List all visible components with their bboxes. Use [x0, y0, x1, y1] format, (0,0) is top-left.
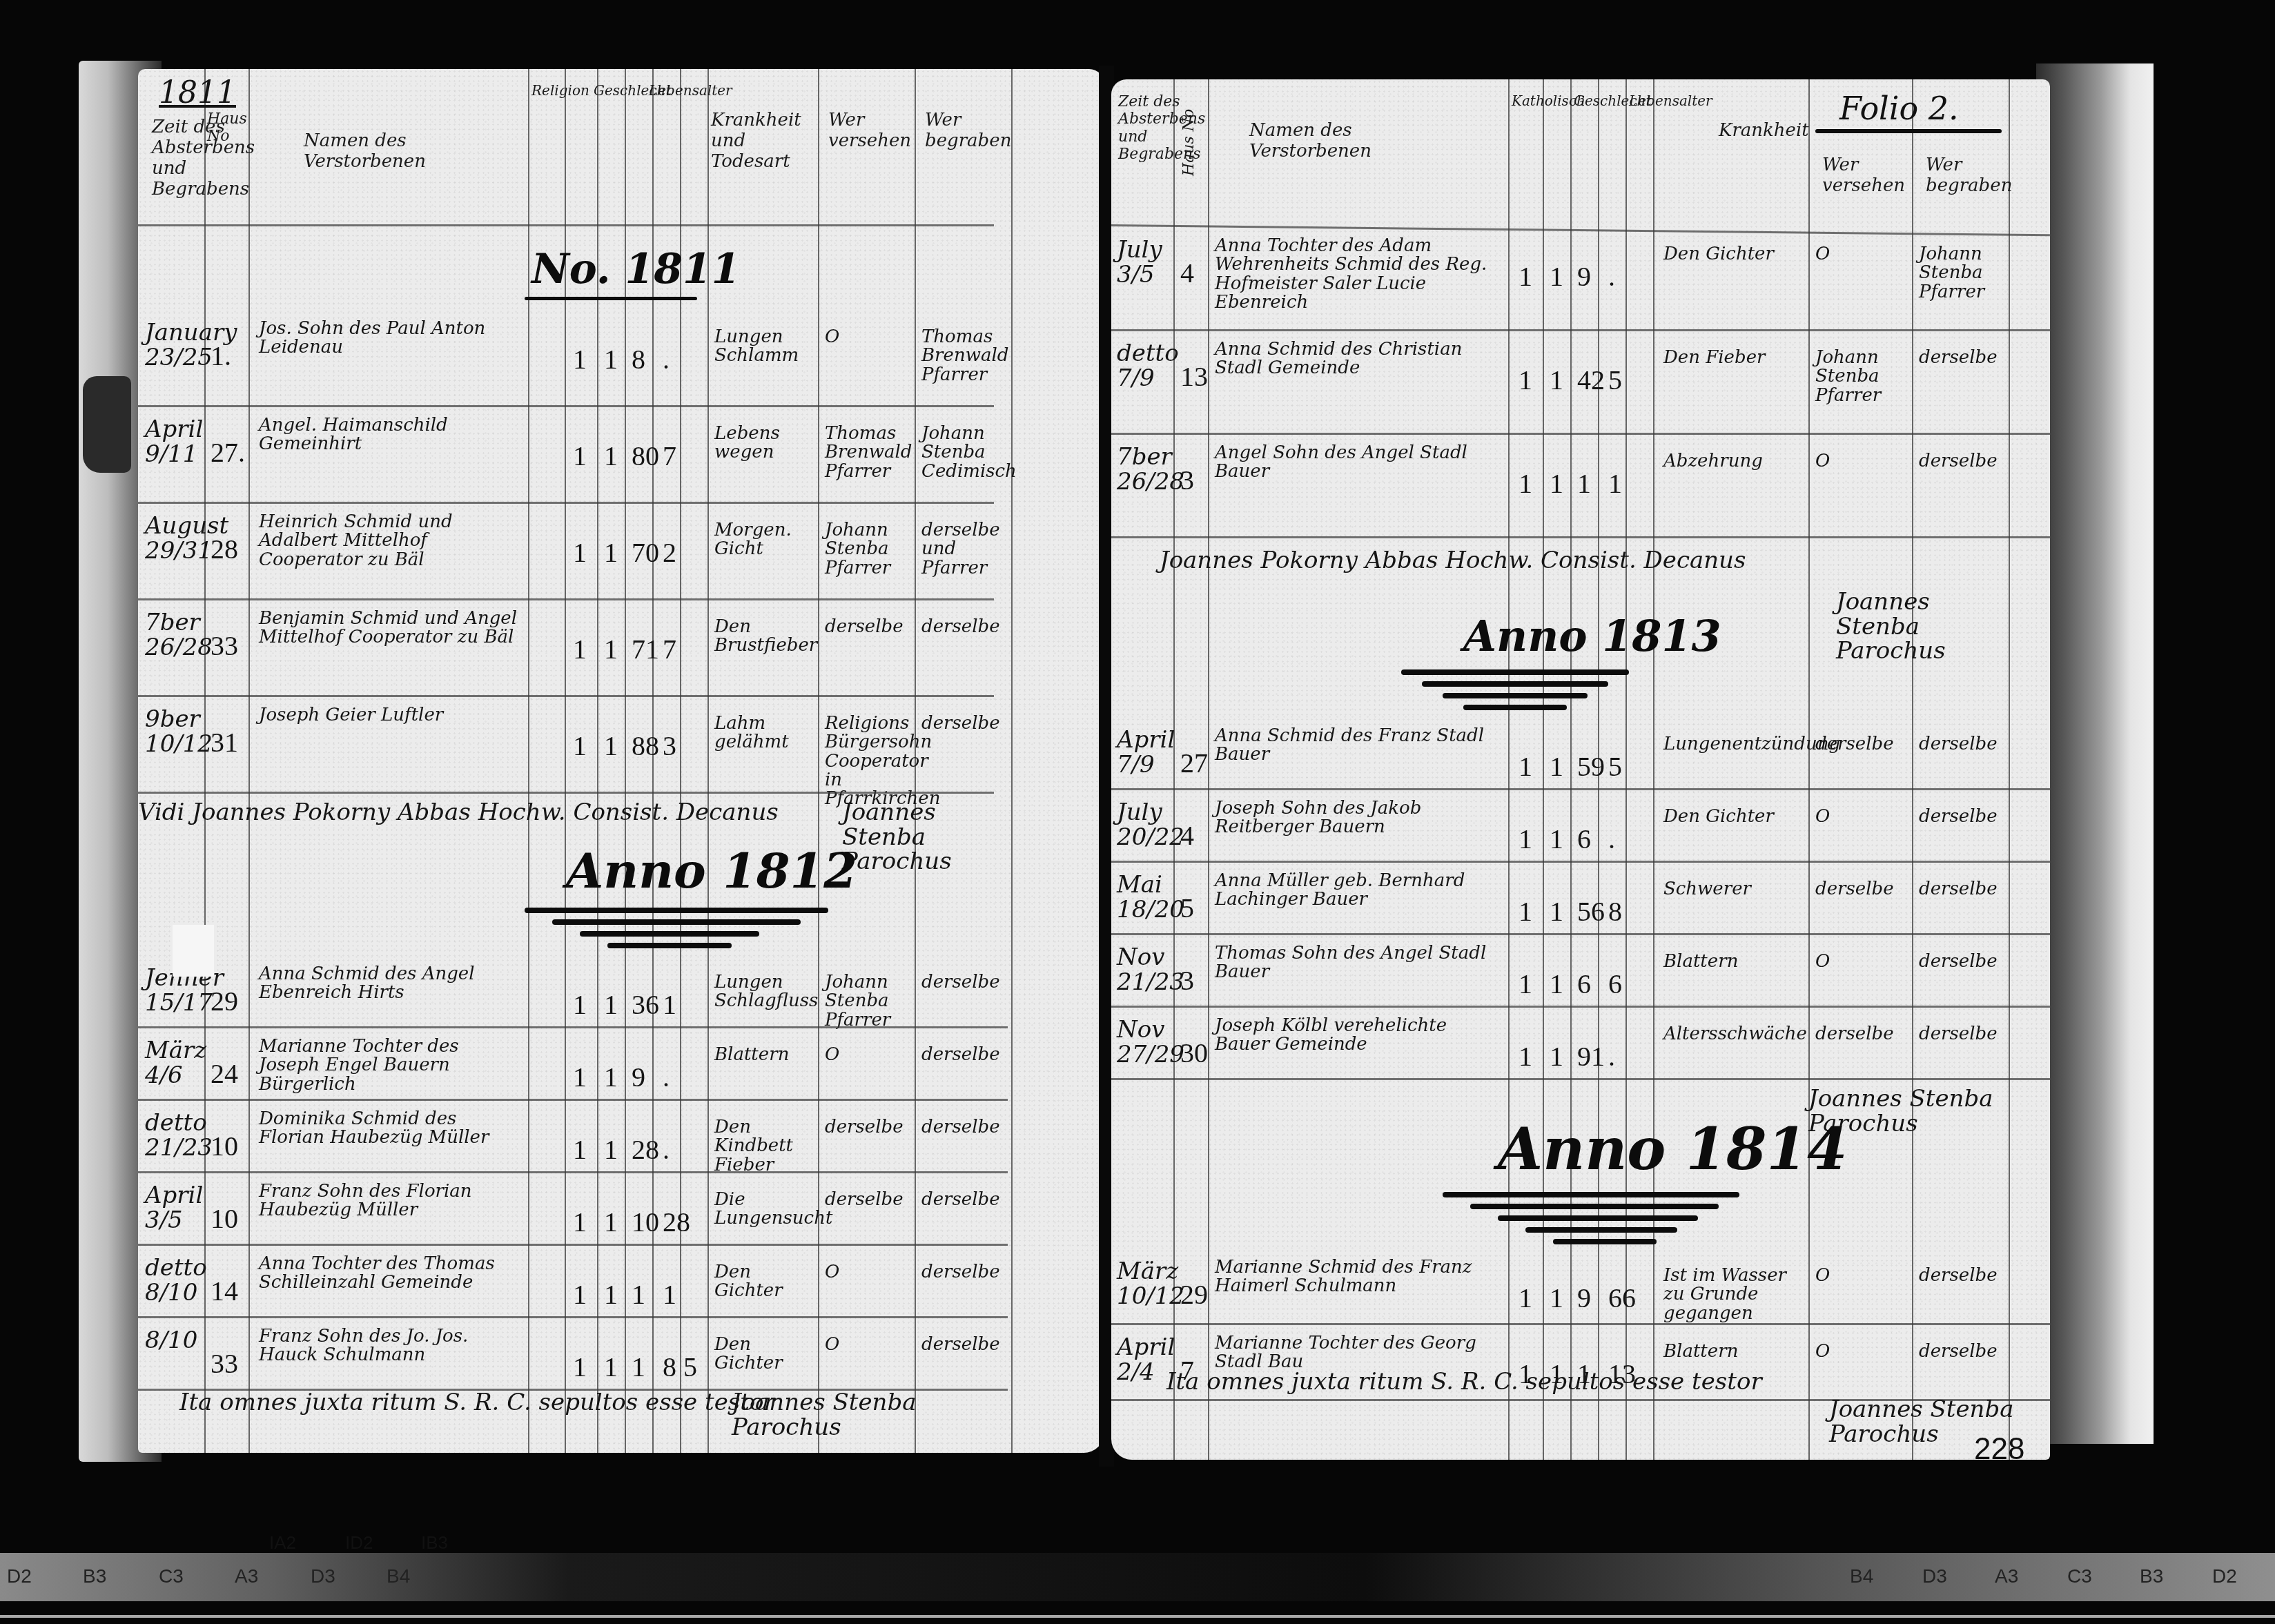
entry-house-number: 30 — [1180, 1039, 1208, 1068]
entry-cause: Den Fieber — [1663, 349, 1802, 367]
anno-underline — [1470, 1204, 1719, 1209]
column-rule — [1508, 79, 1510, 1460]
ruler-label: A3 — [1995, 1565, 2018, 1587]
entry-value: 1 — [573, 635, 587, 664]
entry-value: 1 — [1608, 469, 1622, 498]
entry-name: Anna Tochter des Thomas Schilleinzahl Ge… — [259, 1255, 521, 1293]
entry-buried-by: derselbe — [921, 618, 1008, 636]
column-rule — [1173, 79, 1175, 1460]
footer-signature: Joannes Stenba Parochus — [732, 1391, 939, 1440]
entry-value: 3 — [663, 732, 676, 761]
entry-value: 1 — [1550, 1042, 1563, 1071]
entry-cause: Den Kindbett Fieber — [714, 1118, 811, 1175]
ruler-label: IB3 — [421, 1532, 448, 1554]
row-rule — [138, 502, 994, 504]
entry-value: 42 — [1577, 366, 1605, 395]
entry-value: 1 — [604, 1208, 618, 1237]
entry-value: 1 — [1550, 262, 1563, 291]
entry-value: 1 — [632, 1280, 645, 1309]
entry-provided-by: derselbe — [825, 618, 911, 636]
entry-name: Marianne Tochter des Georg Stadl Bau — [1215, 1334, 1498, 1372]
ruler-label: C3 — [2067, 1565, 2092, 1587]
ruler-label: D2 — [2212, 1565, 2237, 1587]
anno-underline — [525, 908, 828, 913]
anno-underline — [1443, 1192, 1739, 1197]
entry-value: 1 — [604, 345, 618, 374]
entry-date: Mai 18/20 — [1117, 873, 1172, 922]
entry-value: 91 — [1577, 1042, 1605, 1071]
entry-value: 10 — [632, 1208, 659, 1237]
entry-date: detto 21/23 — [145, 1111, 204, 1160]
entry-date: detto 8/10 — [145, 1256, 204, 1305]
anno-underline — [1463, 705, 1567, 710]
section-underline — [525, 297, 697, 300]
entry-name: Joseph Kölbl verehelichte Bauer Gemeinde — [1215, 1017, 1498, 1055]
entry-value: 1 — [604, 990, 618, 1019]
entry-cause: Blattern — [1663, 1342, 1802, 1361]
entry-provided-by: Johann Stenba Pfarrer — [825, 521, 911, 578]
entry-value: 7 — [663, 442, 676, 471]
entry-buried-by: derselbe — [921, 1118, 1008, 1137]
entry-cause: Den Gichter — [1663, 808, 1802, 826]
entry-value: 8 — [632, 345, 645, 374]
entry-date: April 9/11 — [145, 418, 204, 467]
entry-house-number: 24 — [211, 1059, 238, 1088]
row-rule — [1111, 433, 2050, 435]
ruler-label: A3 — [235, 1565, 258, 1587]
entry-value: . — [1608, 262, 1615, 291]
entry-value: 1 — [632, 1353, 645, 1382]
entry-value: 28 — [632, 1135, 659, 1164]
entry-cause: Lebens wegen — [714, 424, 811, 462]
entry-value: 1 — [573, 990, 587, 1019]
column-rule — [1653, 79, 1654, 1460]
entry-value: . — [1608, 1042, 1615, 1071]
entry-buried-by: derselbe — [1919, 952, 2005, 971]
entry-value: . — [663, 345, 670, 374]
entry-value: 1 — [573, 345, 587, 374]
header-buried: Wer begraben — [1926, 155, 2009, 197]
right-page: Zeit des Absterbens und Begrabens Haus N… — [1111, 79, 2050, 1460]
row-rule — [138, 1244, 1008, 1246]
entry-value: 1 — [663, 1280, 676, 1309]
entry-value: 7 — [663, 635, 676, 664]
entry-provided-by: Johann Stenba Pfarrer — [825, 973, 911, 1030]
entry-provided-by: O — [825, 328, 911, 346]
ruler-label: D2 — [7, 1565, 32, 1587]
entry-value: 8 — [1608, 897, 1622, 926]
header-age: Lebensalter — [649, 83, 704, 99]
header-name: Namen des Verstorbenen — [1249, 121, 1456, 162]
header-rule — [1111, 224, 2050, 236]
entry-name: Thomas Sohn des Angel Stadl Bauer — [1215, 944, 1498, 982]
header-cause: Krankheit und Todesart — [711, 110, 814, 173]
entry-cause: Abzehrung — [1663, 452, 1802, 471]
folio-underline — [1815, 129, 2002, 133]
column-rule — [1625, 79, 1627, 1460]
parochus-signature: Joannes Stenba Parochus — [1836, 590, 2002, 664]
entry-value: 36 — [632, 990, 659, 1019]
ruler-label: B4 — [387, 1565, 410, 1587]
entry-value: 1 — [1519, 825, 1532, 854]
entry-value: 1 — [573, 1353, 587, 1382]
entry-house-number: 4 — [1180, 821, 1194, 850]
entry-date: detto 7/9 — [1117, 342, 1172, 391]
entry-name: Jos. Sohn des Paul Anton Leidenau — [259, 320, 521, 358]
entry-value: 1 — [573, 732, 587, 761]
anno-underline — [552, 919, 801, 925]
entry-value: 9 — [1577, 262, 1591, 291]
entry-value: 1 — [573, 1063, 587, 1092]
entry-value: 1 — [573, 538, 587, 567]
entry-value: 70 — [632, 538, 659, 567]
entry-value: 1 — [1550, 752, 1563, 781]
row-rule — [138, 1171, 1008, 1173]
book-page-edges-right — [2036, 63, 2154, 1444]
corner-year: 1811 — [159, 77, 236, 109]
entry-date: 7ber 26/28 — [1117, 445, 1172, 494]
entry-house-number: 31 — [211, 728, 238, 757]
entry-value: 1 — [604, 635, 618, 664]
entry-cause: Blattern — [714, 1046, 811, 1064]
entry-buried-by: derselbe — [1919, 452, 2005, 471]
entry-provided-by: Thomas Brenwald Pfarrer — [825, 424, 911, 481]
entry-buried-by: Thomas Brenwald Pfarrer — [921, 328, 1008, 384]
entry-value: 1 — [1550, 469, 1563, 498]
footer-attestation: Ita omnes juxta ritum S. R. C. sepultos … — [1166, 1370, 1762, 1395]
entry-name: Franz Sohn des Jo. Jos. Hauck Schulmann — [259, 1327, 521, 1365]
column-rule — [1543, 79, 1544, 1460]
decanus-signature: Joannes Pokorny Abbas Hochw. Consist. De… — [1160, 549, 1746, 574]
entry-house-number: 27 — [1180, 749, 1208, 778]
entry-name: Joseph Geier Luftler — [259, 706, 521, 725]
entry-provided-by: O — [1815, 1342, 1908, 1361]
folio-label: Folio 2. — [1839, 90, 1959, 127]
entry-buried-by: derselbe — [1919, 349, 2005, 367]
column-rule — [2009, 79, 2010, 1460]
header-sex: Geschlecht — [1574, 93, 1622, 109]
entry-value: 1 — [604, 1135, 618, 1164]
entry-buried-by: derselbe — [921, 1046, 1008, 1064]
entry-date: April 2/4 — [1117, 1336, 1172, 1385]
entry-cause: Den Gichter — [714, 1263, 811, 1301]
entry-date: März 4/6 — [145, 1039, 204, 1088]
header-rule — [138, 224, 994, 226]
header-sex: Geschlecht — [594, 83, 642, 99]
entry-value: 80 — [632, 442, 659, 471]
entry-house-number: 27. — [211, 438, 245, 467]
row-rule — [1111, 1078, 2050, 1080]
ruler-label: C3 — [159, 1565, 184, 1587]
row-rule — [1111, 861, 2050, 863]
entry-value: 1 — [663, 990, 676, 1019]
entry-provided-by: O — [825, 1046, 911, 1064]
header-buried: Wer begraben — [925, 110, 1008, 152]
entry-value: 88 — [632, 732, 659, 761]
row-rule — [138, 792, 994, 794]
entry-value: 9 — [632, 1063, 645, 1092]
entry-house-number: 10 — [211, 1132, 238, 1161]
row-rule — [138, 1316, 1008, 1318]
entry-date: Nov 21/23 — [1117, 946, 1172, 995]
entry-value: 6 — [1577, 970, 1591, 999]
entry-cause: Den Gichter — [1663, 245, 1802, 264]
row-rule — [138, 1026, 1008, 1028]
entry-value: . — [663, 1135, 670, 1164]
entry-value: 5 — [1608, 366, 1622, 395]
entry-date: 7ber 26/28 — [145, 611, 204, 660]
entry-value: 1 — [604, 732, 618, 761]
entry-value: 9 — [1577, 1284, 1591, 1313]
entry-name: Heinrich Schmid und Adalbert Mittelhof C… — [259, 513, 521, 569]
entry-name: Anna Tochter des Adam Wehrenheits Schmid… — [1215, 237, 1498, 312]
entry-date: Nov 27/29 — [1117, 1018, 1172, 1067]
entry-provided-by: O — [1815, 952, 1908, 971]
entry-cause: Lahm gelähmt — [714, 714, 811, 752]
entry-cause: Die Lungensucht — [714, 1191, 811, 1229]
anno-underline — [1422, 681, 1608, 687]
entry-house-number: 14 — [211, 1277, 238, 1306]
entry-buried-by: derselbe — [1919, 1025, 2005, 1044]
entry-buried-by: derselbe — [921, 714, 1008, 733]
entry-name: Dominika Schmid des Florian Haubezüg Mül… — [259, 1110, 521, 1148]
entry-provided-by: O — [1815, 245, 1908, 264]
scanned-register-spread: 1811 Zeit des Absterbens und Begrabens H… — [0, 0, 2275, 1624]
footer-attestation: Ita omnes juxta ritum S. R. C. sepultos … — [179, 1391, 775, 1416]
entry-name: Anna Schmid des Christian Stadl Gemeinde — [1215, 340, 1498, 378]
entry-value: 8 5 — [663, 1353, 697, 1382]
entry-cause: Blattern — [1663, 952, 1802, 971]
entry-buried-by: derselbe — [921, 1263, 1008, 1282]
anno-underline — [1401, 669, 1629, 675]
entry-value: 5 — [1608, 752, 1622, 781]
section-title-1811: No. 1811 — [531, 245, 741, 293]
parochus-signature: Joannes Stenba Parochus — [842, 801, 1008, 874]
section-title-1814: Anno 1814 — [1498, 1115, 1847, 1183]
row-rule — [1111, 788, 2050, 790]
anno-underline — [1443, 693, 1588, 698]
left-page: 1811 Zeit des Absterbens und Begrabens H… — [138, 69, 1104, 1453]
entry-value: 1 — [604, 538, 618, 567]
entry-house-number: 33 — [211, 1349, 238, 1378]
entry-buried-by: derselbe — [1919, 1266, 2005, 1285]
ruler-label: IA2 — [269, 1532, 296, 1554]
entry-buried-by: Johann Stenba Cedimisch — [921, 424, 1008, 481]
entry-name: Anna Schmid des Angel Ebenreich Hirts — [259, 965, 521, 1003]
entry-house-number: 29 — [1180, 1280, 1208, 1309]
entry-value: 1 — [1519, 366, 1532, 395]
header-age: Lebensalter — [1629, 93, 1677, 109]
entry-house-number: 29 — [211, 987, 238, 1016]
page-number: 228 — [1974, 1432, 2024, 1467]
row-rule — [1111, 329, 2050, 331]
entry-provided-by: derselbe — [1815, 735, 1908, 754]
entry-buried-by: derselbe — [921, 1336, 1008, 1354]
entry-date: April 7/9 — [1117, 728, 1172, 777]
header-name: Namen des Verstorbenen — [304, 131, 483, 173]
column-rule — [1011, 69, 1013, 1453]
entry-house-number: 13 — [1180, 362, 1208, 391]
entry-buried-by: derselbe und Pfarrer — [921, 521, 1008, 578]
entry-value: 1 — [1519, 1042, 1532, 1071]
entry-cause: Lungen Schlagfluss — [714, 973, 811, 1011]
entry-name: Angel Sohn des Angel Stadl Bauer — [1215, 444, 1498, 482]
binding-tab — [83, 376, 131, 473]
entry-name: Marianne Schmid des Franz Haimerl Schulm… — [1215, 1258, 1498, 1296]
row-rule — [138, 598, 994, 600]
entry-buried-by: derselbe — [921, 973, 1008, 992]
entry-value: 1 — [573, 442, 587, 471]
ruler-label: D3 — [1922, 1565, 1947, 1587]
row-rule — [138, 1099, 1008, 1101]
entry-name: Joseph Sohn des Jakob Reitberger Bauern — [1215, 799, 1498, 837]
header-provided: Wer versehen — [1822, 155, 1905, 197]
entry-date: July 20/22 — [1117, 801, 1172, 850]
entry-cause: Lungenentzündung — [1663, 735, 1802, 754]
entry-provided-by: O — [825, 1336, 911, 1354]
entry-value: 1 — [573, 1135, 587, 1164]
entry-value: 71 — [632, 635, 659, 664]
entry-provided-by: derselbe — [825, 1191, 911, 1209]
paper-slip — [173, 925, 214, 977]
entry-value: 1 — [604, 442, 618, 471]
entry-value: 1 — [1519, 970, 1532, 999]
ruler-label: D3 — [311, 1565, 335, 1587]
ruler-label: B3 — [83, 1565, 106, 1587]
entry-value: 59 — [1577, 752, 1605, 781]
entry-cause: Altersschwäche — [1663, 1025, 1802, 1044]
entry-value: 1 — [1519, 262, 1532, 291]
entry-value: 56 — [1577, 897, 1605, 926]
entry-date: April 3/5 — [145, 1184, 204, 1233]
entry-provided-by: O — [1815, 1266, 1908, 1285]
entry-value: 28 — [663, 1208, 690, 1237]
anno-underline — [580, 931, 759, 937]
entry-cause: Morgen. Gicht — [714, 521, 811, 559]
scan-border — [0, 1615, 2275, 1618]
entry-date: July 3/5 — [1117, 238, 1172, 287]
entry-buried-by: derselbe — [1919, 735, 2005, 754]
entry-house-number: 1. — [211, 342, 231, 371]
entry-name: Marianne Tochter des Joseph Engel Bauern… — [259, 1037, 521, 1094]
row-rule — [138, 695, 994, 697]
entry-date: January 23/25 — [145, 321, 204, 370]
column-rule — [1912, 79, 1913, 1460]
entry-date: August 29/31 — [145, 514, 204, 563]
vidi-signature: Vidi Joannes Pokorny Abbas Hochw. Consis… — [138, 801, 779, 825]
entry-name: Angel. Haimanschild Gemeinhirt — [259, 416, 521, 454]
row-rule — [1111, 1323, 2050, 1325]
anno-underline — [1498, 1215, 1698, 1221]
header-date: Zeit des Absterbens und Begrabens — [1118, 93, 1180, 163]
entry-value: 1 — [1519, 1284, 1532, 1313]
entry-house-number: 5 — [1180, 894, 1194, 923]
entry-value: 6 — [1577, 825, 1591, 854]
anno-underline — [1553, 1239, 1657, 1244]
entry-cause: Schwerer — [1663, 880, 1802, 899]
entry-value: 1 — [1550, 366, 1563, 395]
header-provided: Wer versehen — [828, 110, 911, 152]
entry-name: Anna Schmid des Franz Stadl Bauer — [1215, 727, 1498, 765]
entry-cause: Lungen Schlamm — [714, 328, 811, 366]
entry-value: 1 — [1519, 752, 1532, 781]
entry-value: 1 — [573, 1280, 587, 1309]
row-rule — [138, 405, 994, 407]
row-rule — [1111, 1006, 2050, 1008]
entry-value: 1 — [1577, 469, 1591, 498]
entry-house-number: 3 — [1180, 966, 1194, 995]
column-rule — [1570, 79, 1572, 1460]
entry-value: 6 — [1608, 970, 1622, 999]
row-rule — [1111, 933, 2050, 935]
row-rule — [1111, 536, 2050, 538]
ruler-label: ID2 — [345, 1532, 373, 1554]
entry-value: 1 — [573, 1208, 587, 1237]
anno-underline — [607, 943, 732, 948]
entry-provided-by: O — [1815, 452, 1908, 471]
entry-house-number: 4 — [1180, 259, 1194, 288]
anno-underline — [1525, 1227, 1677, 1233]
entry-value: 1 — [604, 1353, 618, 1382]
entry-provided-by: O — [1815, 808, 1908, 826]
header-catholic: Katholisch — [1512, 93, 1546, 109]
entry-cause: Den Gichter — [714, 1336, 811, 1373]
entry-cause: Ist im Wasser zu Grunde gegangen — [1663, 1266, 1802, 1323]
entry-provided-by: derselbe — [1815, 880, 1908, 899]
entry-cause: Den Brustfieber — [714, 618, 811, 656]
section-title-1813: Anno 1813 — [1463, 611, 1721, 661]
entry-buried-by: derselbe — [1919, 808, 2005, 826]
column-rule — [1808, 79, 1810, 1460]
entry-house-number: 3 — [1180, 466, 1194, 495]
entry-buried-by: Johann Stenba Pfarrer — [1919, 245, 2005, 302]
header-house: Haus No — [1180, 93, 1198, 176]
entry-value: 1 — [1550, 825, 1563, 854]
entry-buried-by: derselbe — [921, 1191, 1008, 1209]
entry-house-number: 33 — [211, 632, 238, 661]
entry-date: 9ber 10/12 — [145, 707, 204, 756]
entry-value: 2 — [663, 538, 676, 567]
header-illness: Krankheit — [1719, 121, 1802, 141]
entry-name: Anna Müller geb. Bernhard Lachinger Baue… — [1215, 872, 1498, 910]
entry-value: . — [663, 1063, 670, 1092]
entry-house-number: 10 — [211, 1204, 238, 1233]
ruler-label: B3 — [2140, 1565, 2163, 1587]
entry-name: Franz Sohn des Florian Haubezüg Müller — [259, 1182, 521, 1220]
entry-value: 1 — [1519, 897, 1532, 926]
entry-house-number: 28 — [211, 535, 238, 564]
entry-provided-by: derselbe — [825, 1118, 911, 1137]
section-title-1812: Anno 1812 — [566, 842, 857, 899]
entry-date: März 10/12 — [1117, 1260, 1172, 1309]
entry-date: 8/10 — [145, 1329, 204, 1353]
entry-provided-by: O — [825, 1263, 911, 1282]
entry-value: 1 — [1550, 970, 1563, 999]
ruler-label: B4 — [1850, 1565, 1873, 1587]
header-house: Haus No — [207, 110, 248, 146]
entry-value: 66 — [1608, 1284, 1636, 1313]
entry-value: 1 — [1550, 897, 1563, 926]
entry-value: 1 — [604, 1280, 618, 1309]
entry-value: 1 — [604, 1063, 618, 1092]
entry-value: . — [1608, 825, 1615, 854]
entry-provided-by: derselbe — [1815, 1025, 1908, 1044]
entry-value: 1 — [1550, 1284, 1563, 1313]
entry-name: Benjamin Schmid und Angel Mittelhof Coop… — [259, 609, 521, 647]
entry-buried-by: derselbe — [1919, 1342, 2005, 1361]
header-religion: Religion — [531, 83, 573, 99]
entry-provided-by: Johann Stenba Pfarrer — [1815, 349, 1908, 405]
